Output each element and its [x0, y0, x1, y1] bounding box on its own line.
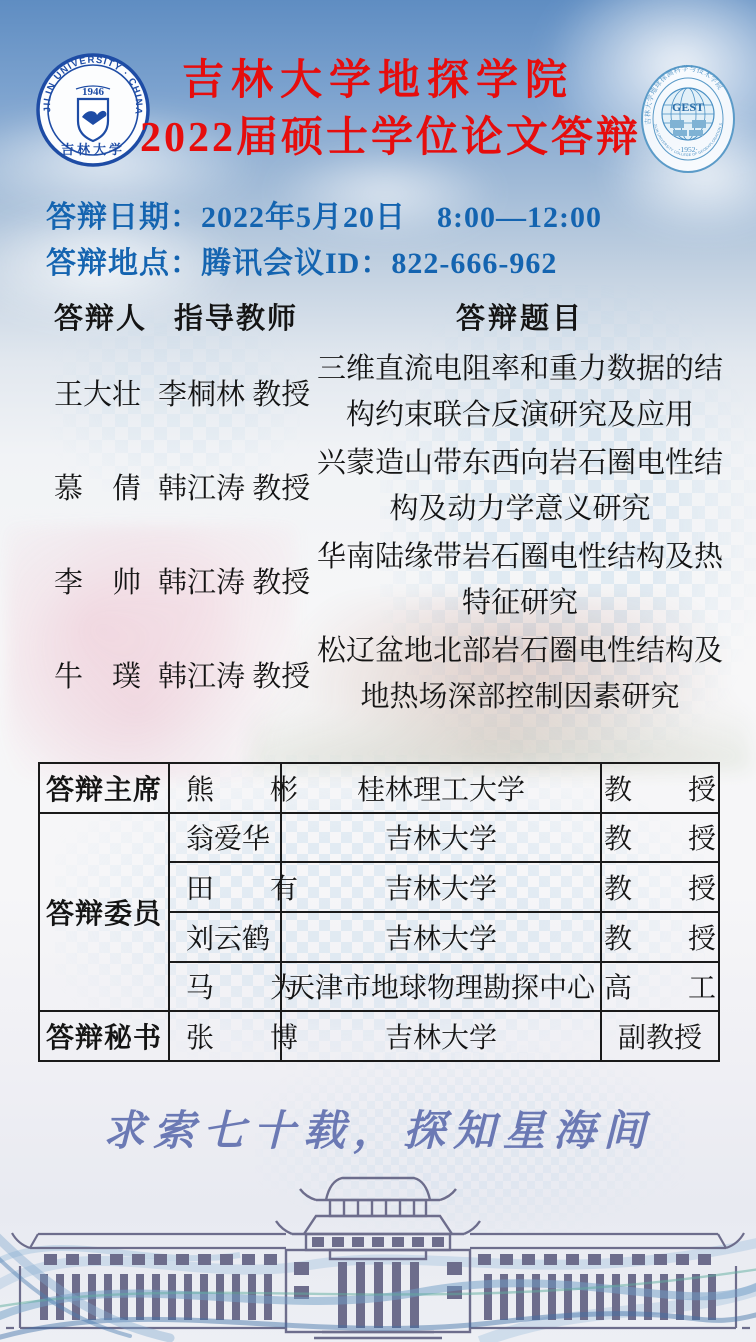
- slogan-text: 求索七十载，探知星海间: [0, 1098, 756, 1158]
- title-cell: 教 授: [601, 813, 719, 863]
- institution-cell: 吉林大学: [281, 813, 601, 863]
- poster-title-line2: 2022届硕士学位论文答辩: [140, 117, 616, 159]
- title-cell: 教 授: [601, 763, 719, 813]
- venue-label: 答辩地点：: [46, 247, 201, 280]
- institution-cell: 吉林大学: [281, 862, 601, 912]
- thesis-title: 兴蒙造山带东西向岩石圈电性结构及动力学意义研究: [310, 440, 730, 532]
- thesis-defense-poster: JILIN UNIVERSITY · CHINA 1946 吉林大学 吉林大学地…: [0, 0, 756, 1342]
- date-value: 2022年5月20日 8:00—12:00: [201, 201, 602, 234]
- role-cell: 答辩主席: [39, 763, 169, 813]
- name-cell: 田 有: [169, 862, 281, 912]
- geology-palace-line-art: [0, 1170, 756, 1342]
- name-cell: 马 为: [169, 962, 281, 1012]
- venue-value: 腾讯会议ID：822-666-962: [201, 247, 557, 280]
- role-cell: 答辩委员: [39, 813, 169, 1012]
- thesis-title: 华南陆缘带岩石圈电性结构及热特征研究: [310, 534, 730, 626]
- advisor-name: 韩江涛 教授: [158, 654, 310, 695]
- gest-college-emblem: 吉林大学地球探测科学与技术学院 JILIN UNIVERSITY COLLEGE…: [640, 64, 736, 179]
- list-header-advisor: 指导教师: [158, 296, 310, 337]
- table-row: 答辩主席 熊 彬 桂林理工大学 教 授: [39, 763, 719, 813]
- defense-row: 牛 璞 韩江涛 教授 松辽盆地北部岩石圈电性结构及地热场深部控制因素研究: [46, 627, 730, 721]
- seal-year: 1946: [82, 86, 105, 98]
- list-header-defender: 答辩人: [46, 296, 158, 337]
- seal-bottom-text: 吉林大学: [61, 142, 125, 157]
- institution-cell: 吉林大学: [281, 912, 601, 962]
- name-cell: 刘云鹤: [169, 912, 281, 962]
- thesis-title: 三维直流电阻率和重力数据的结构约束联合反演研究及应用: [310, 346, 730, 438]
- role-cell: 答辩秘书: [39, 1011, 169, 1061]
- defender-name: 李 帅: [46, 560, 158, 601]
- name-cell: 翁爱华: [169, 813, 281, 863]
- emblem-center-text: GEST: [672, 100, 704, 114]
- defense-row: 慕 倩 韩江涛 教授 兴蒙造山带东西向岩石圈电性结构及动力学意义研究: [46, 439, 730, 533]
- defense-row: 李 帅 韩江涛 教授 华南陆缘带岩石圈电性结构及热特征研究: [46, 533, 730, 627]
- title-cell: 教 授: [601, 912, 719, 962]
- title-cell: 副教授: [601, 1011, 719, 1061]
- advisor-name: 李桐林 教授: [158, 372, 310, 413]
- list-header-topic: 答辩题目: [310, 296, 730, 337]
- defense-date-line: 答辩日期：2022年5月20日 8:00—12:00: [46, 192, 602, 236]
- table-row: 答辩委员 翁爱华 吉林大学 教 授: [39, 813, 719, 863]
- institution-cell: 桂林理工大学: [281, 763, 601, 813]
- defender-name: 慕 倩: [46, 466, 158, 507]
- institution-cell: 吉林大学: [281, 1011, 601, 1061]
- title-cell: 高 工: [601, 962, 719, 1012]
- defense-list-header: 答辩人 指导教师 答辩题目: [46, 296, 730, 337]
- defender-name: 王大壮: [46, 372, 158, 413]
- date-label: 答辩日期：: [46, 201, 201, 234]
- institution-cell: 天津市地球物理勘探中心: [281, 962, 601, 1012]
- committee-table: 答辩主席 熊 彬 桂林理工大学 教 授 答辩委员 翁爱华 吉林大学 教 授 田 …: [38, 762, 720, 1062]
- table-row: 答辩秘书 张 博 吉林大学 副教授: [39, 1011, 719, 1061]
- defender-name: 牛 璞: [46, 654, 158, 695]
- title-cell: 教 授: [601, 862, 719, 912]
- defense-row: 王大壮 李桐林 教授 三维直流电阻率和重力数据的结构约束联合反演研究及应用: [46, 345, 730, 439]
- name-cell: 熊 彬: [169, 763, 281, 813]
- thesis-title: 松辽盆地北部岩石圈电性结构及地热场深部控制因素研究: [310, 628, 730, 720]
- jilin-university-seal: JILIN UNIVERSITY · CHINA 1946 吉林大学: [36, 53, 150, 172]
- emblem-year: ·1952·: [678, 145, 698, 154]
- defense-list: 答辩人 指导教师 答辩题目 王大壮 李桐林 教授 三维直流电阻率和重力数据的结构…: [46, 296, 730, 721]
- name-cell: 张 博: [169, 1011, 281, 1061]
- defense-venue-line: 答辩地点：腾讯会议ID：822-666-962: [46, 238, 557, 282]
- poster-title-line1: 吉林大学地探学院: [140, 60, 616, 102]
- advisor-name: 韩江涛 教授: [158, 466, 310, 507]
- advisor-name: 韩江涛 教授: [158, 560, 310, 601]
